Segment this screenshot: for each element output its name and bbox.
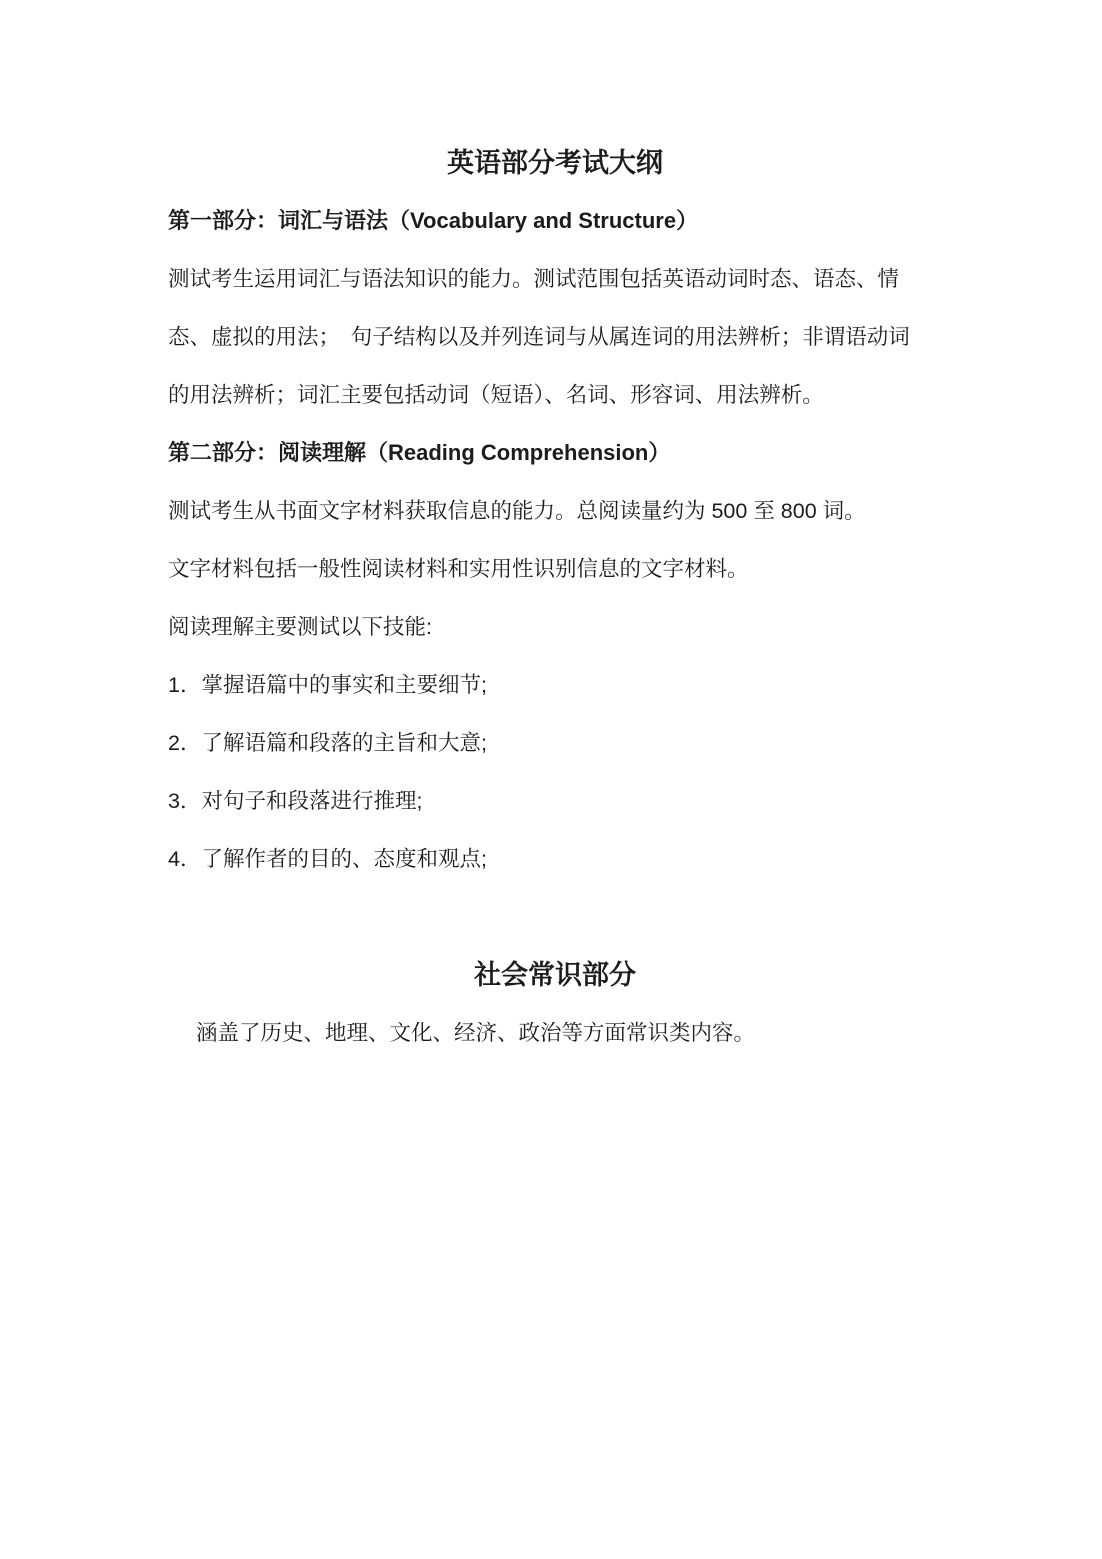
part1-paragraph-line: 态、虚拟的用法； 句子结构以及并列连词与从属连词的用法辨析；非谓语动词: [168, 308, 942, 366]
document-page: 英语部分考试大纲 第一部分：词汇与语法（Vocabulary and Struc…: [0, 0, 1102, 1559]
part1-paragraph-line: 测试考生运用词汇与语法知识的能力。测试范围包括英语动词时态、语态、情: [168, 250, 942, 308]
reading-skill-item: 3．对句子和段落进行推理;: [168, 772, 942, 830]
english-section-title: 英语部分考试大纲: [168, 134, 942, 192]
social-section-paragraph: 涵盖了历史、地理、文化、经济、政治等方面常识类内容。: [168, 1004, 942, 1062]
social-section-title: 社会常识部分: [168, 946, 942, 1004]
section-gap: [168, 888, 942, 946]
part1-heading: 第一部分：词汇与语法（Vocabulary and Structure）: [168, 192, 942, 250]
reading-skill-item: 4．了解作者的目的、态度和观点;: [168, 830, 942, 888]
part1-paragraph-line: 的用法辨析；词汇主要包括动词（短语）、名词、形容词、用法辨析。: [168, 366, 942, 424]
part2-paragraph-line: 阅读理解主要测试以下技能:: [168, 598, 942, 656]
part2-paragraph-line: 测试考生从书面文字材料获取信息的能力。总阅读量约为 500 至 800 词。: [168, 482, 942, 540]
reading-skill-item: 2．了解语篇和段落的主旨和大意;: [168, 714, 942, 772]
part2-heading: 第二部分：阅读理解（Reading Comprehension）: [168, 424, 942, 482]
reading-skill-item: 1．掌握语篇中的事实和主要细节;: [168, 656, 942, 714]
document-content: 英语部分考试大纲 第一部分：词汇与语法（Vocabulary and Struc…: [0, 0, 1102, 1062]
part2-paragraph-line: 文字材料包括一般性阅读材料和实用性识别信息的文字材料。: [168, 540, 942, 598]
